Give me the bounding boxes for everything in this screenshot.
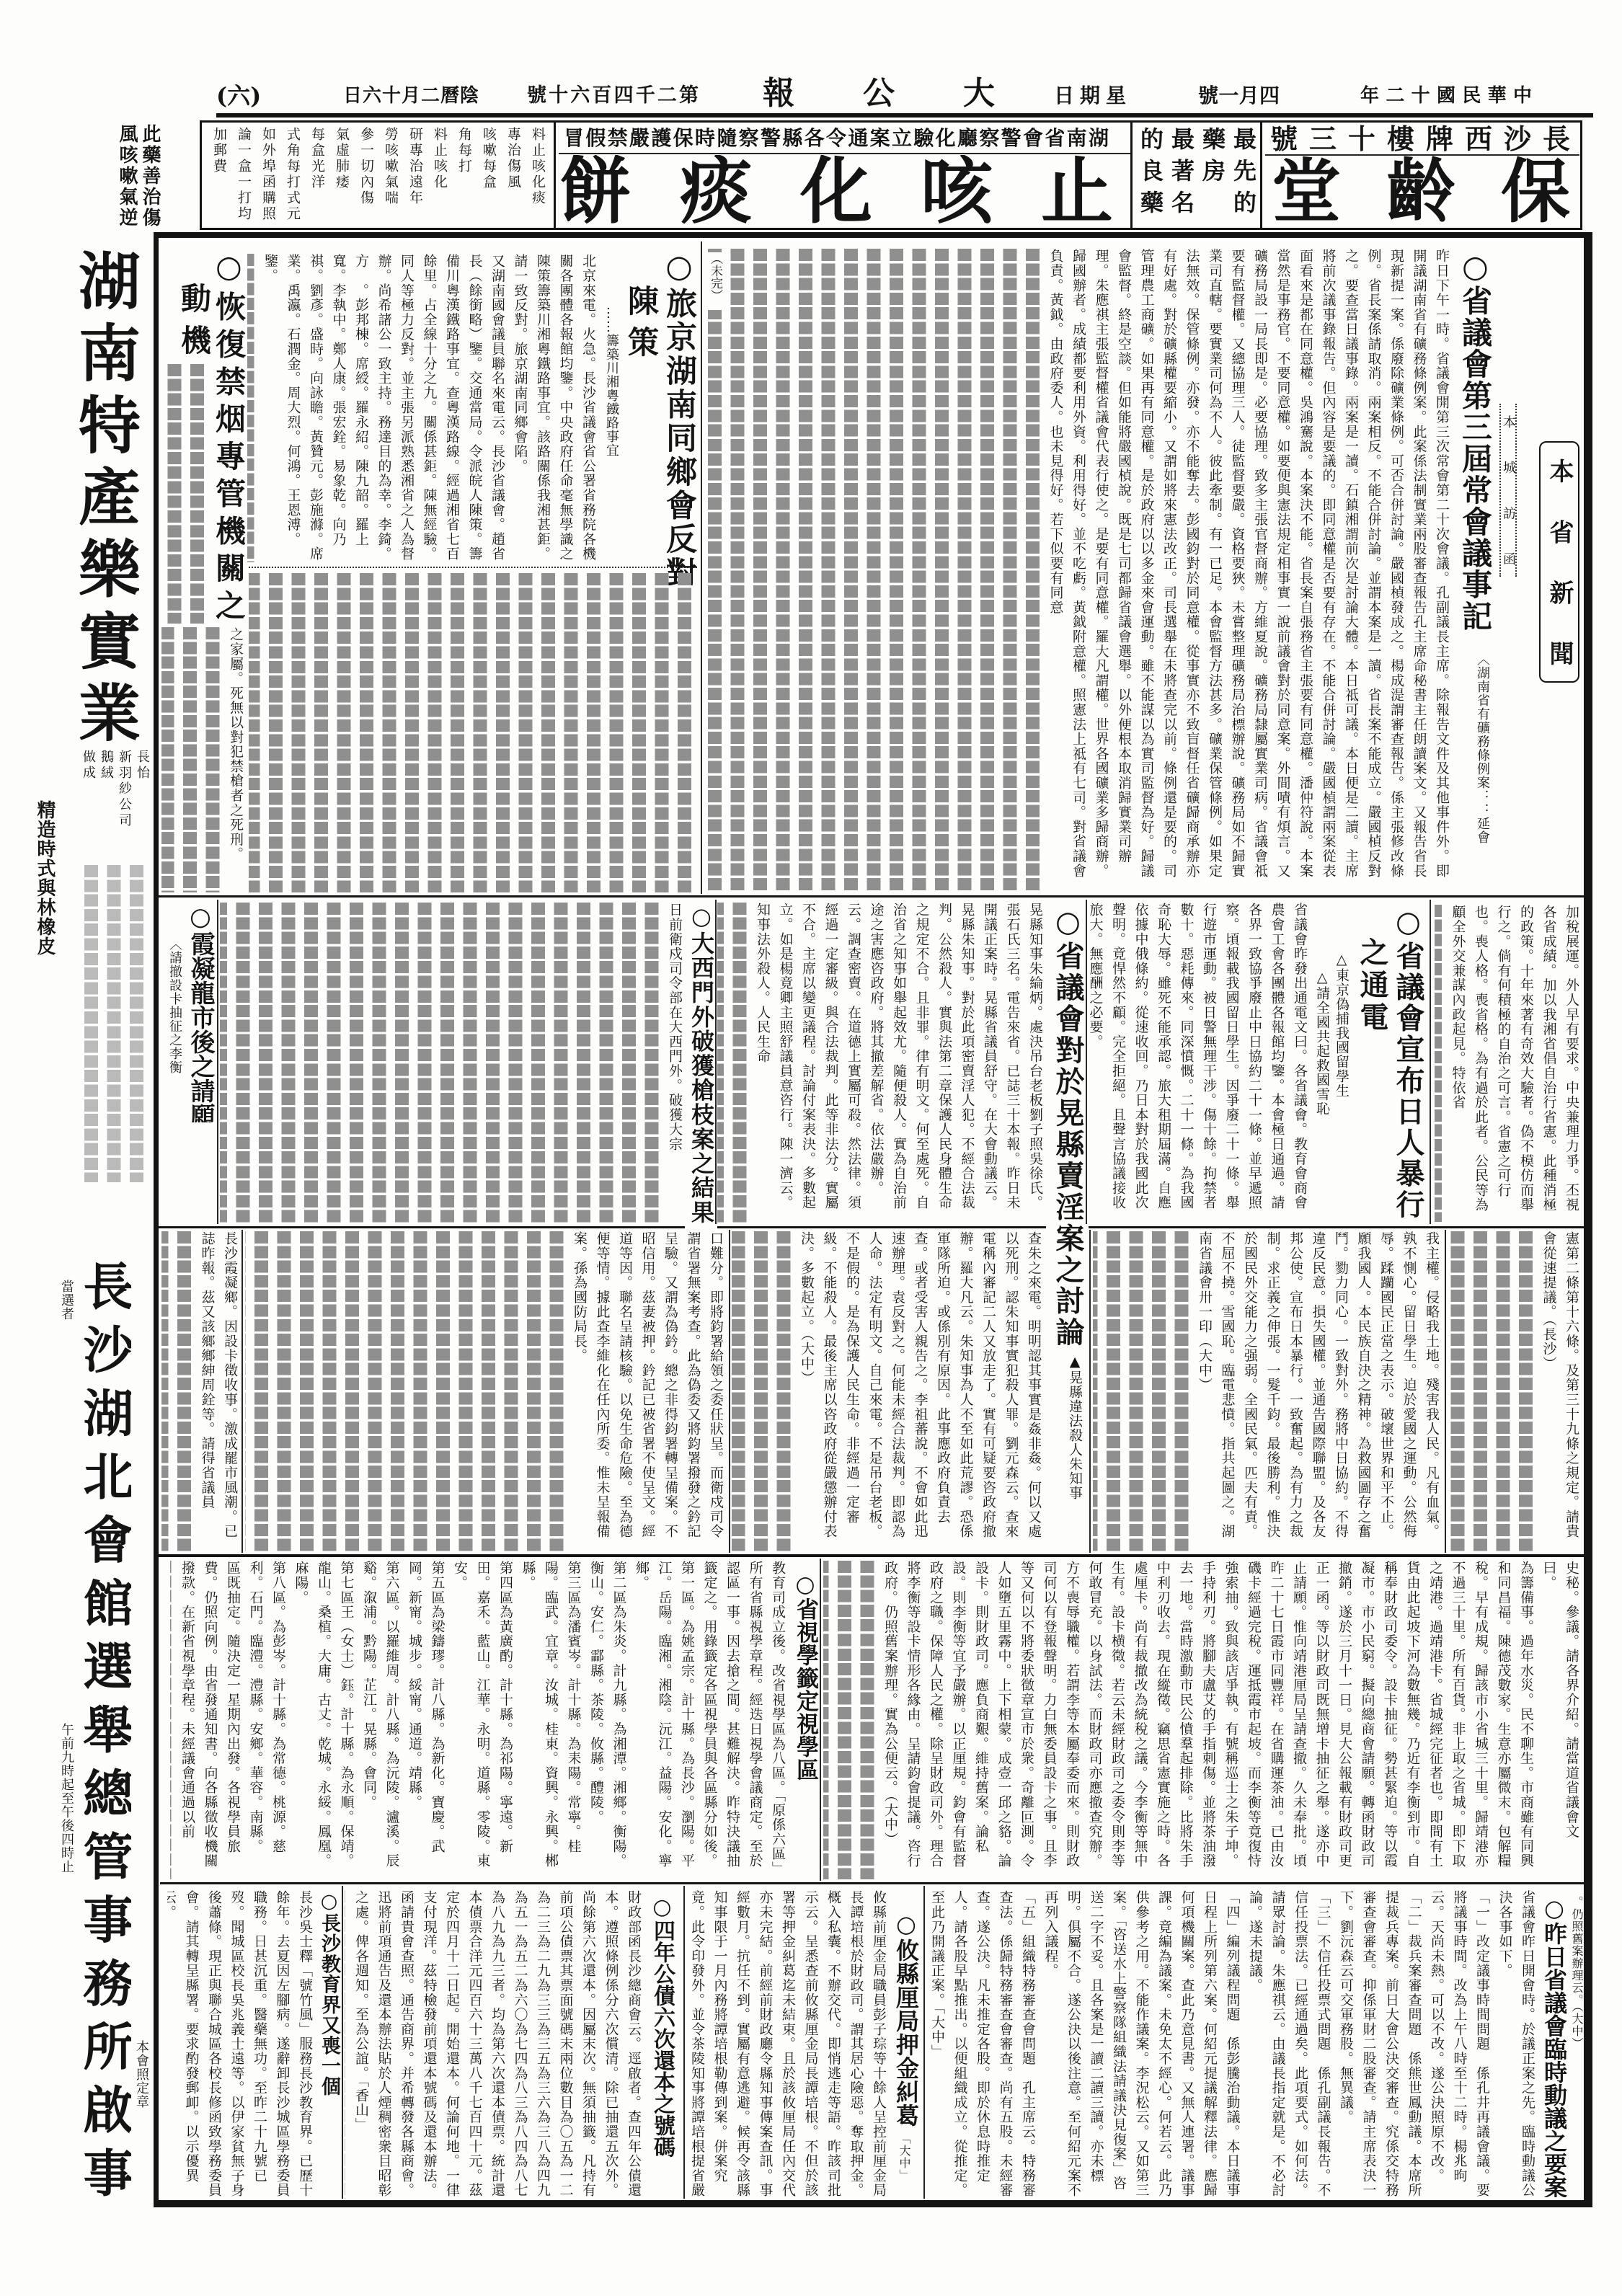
article-body-huang-county: 晃縣知事朱綸炳。處決吊台老板劉子照吳徐氏。張石氏三名。電告來省。已誌三十本報。昨… (717, 903, 1046, 1223)
ad-detail-column: 料止咳化 (427, 127, 452, 226)
subhead-assembly-session: 〈湖南省有礦務條例案：：延會 (1473, 652, 1491, 887)
article-text: 晃縣知事朱綸炳。處決吊台老板劉子照吳徐氏。張石氏三名。電告來省。已誌三十本報。昨… (751, 903, 1047, 1223)
headline-provisional-motions: ○昨日省議會臨時動議之要案 (1540, 1894, 1569, 2197)
previous-article-tail: 。仍照舊案辦理云。（大中） (1569, 1896, 1584, 2083)
frame-bottom-rule (154, 2200, 1592, 2207)
article-text: 之家屬。死無以對犯禁槍者之死刑。 (224, 627, 247, 892)
ad-detail-column: 如外埠函購照 (256, 127, 280, 226)
newspaper-page: (六) 陰曆二月十六日 第二千四百六十號 大公報 星期日 四月一號 中華民國十二… (0, 0, 1622, 2296)
headline-inspection-districts: ○省視學籤定視學區 (792, 1572, 819, 1781)
headline-education-obituary: ○長沙教育界又喪一個 (317, 1890, 341, 2096)
ad-detail-column: 角每打 (452, 127, 477, 226)
headline-opium-agency-line2: 動機 (177, 283, 210, 355)
text-texture (79, 865, 148, 1182)
masthead-rule (216, 113, 1593, 118)
column-rule (715, 900, 717, 1224)
headline-huang-county: ○省議會對於晃縣賣淫案之討論 (1050, 905, 1085, 1346)
column-rule (729, 1230, 730, 1553)
slogan-column: 最著名 (1166, 127, 1197, 228)
ad-detail-column: 論一盒一打均 (231, 127, 256, 226)
article-text: 口難分。即將鈞署給領之委任狀呈。而衛戍司令謂省署無案考查。此為偽委又將鈞署撥發之… (568, 1231, 727, 1551)
article-text: 長沙吳士釋「號竹風」服務長沙教育界。已歷十餘年。去夏因左腳病。遂辭卸長沙城區學務… (167, 1890, 316, 2199)
headline-japan-telegram-line2: 之通電 (1355, 937, 1388, 1031)
column-rule (701, 241, 702, 894)
notice-fragment: 當選者 (58, 1280, 75, 1626)
to-be-continued-tag: （未完） (706, 252, 724, 310)
article-body-xianing-petition: 長沙霞凝鄉。因設卡徵收事。激成罷市風潮。已誌昨報。茲又該鄉鄉紳周銓等。請得省議員 (161, 1231, 241, 1551)
issue-number: 第二千四百六十號 (527, 81, 699, 111)
frame-right-rule (1584, 232, 1592, 2207)
article-text: 史秘。參議。請各界介紹。請當道省議會文 曰。 為籌備事。過年水災。民不聊生。市商… (879, 1561, 1583, 1879)
band-divider (1089, 1226, 1584, 1228)
article-body-provisional-motions: 省議會昨日開會時。於議正案之先。臨時動議公決各事如下。 「一」改定議事時間問題 … (927, 1890, 1538, 2199)
column-rule (217, 900, 218, 1224)
section-label-local-news: 本省新聞 (1539, 441, 1579, 683)
headline-assembly-session: ○省議會第三屆常會議事記 (1458, 249, 1492, 631)
article-text: 省議會昨日開會時。於議正案之先。臨時動議公決各事如下。 「一」改定議事時間問題 … (927, 1890, 1538, 2199)
headline-opium-agency: ○恢復禁烟專管機關之 (211, 249, 246, 620)
slogan-column: 的良藥 (1135, 127, 1166, 228)
frame-top-rule (154, 232, 1592, 238)
article-body-west-gate-guns-cont: 口難分。即將鈞署給領之委任狀呈。而衛戍司令謂省署無案考查。此為偽委又將鈞署撥發之… (245, 1231, 727, 1551)
dotted-rule (249, 567, 697, 568)
page-number: (六) (216, 81, 261, 111)
store-address: 長沙西牌樓十三號 (1270, 124, 1570, 154)
ad-detail-text: 料止咳化痰 專治傷風 咳嗽每盒 角每打 料止咳化 研專治遠年 勞咳嗽氣喘 參一切… (205, 127, 550, 226)
headline-youxian-deposit: ○攸縣厘局押金糾葛 (892, 1910, 921, 2127)
ad-detail-column: 咳嗽每盒 (477, 127, 501, 226)
article-text: 昨日下午一時。省議會開第三次常會第二十次會議。孔副議長主席。除報告文件及其他事件… (1044, 249, 1453, 890)
product-name: 止咳化痰餅 (559, 155, 1113, 227)
article-body-huang-county-cont: 查朱之來電。明明認其事實是姦非姦。何以又處以死刑。認朱知事實犯殺人罪。劉元森云。… (732, 1231, 1045, 1551)
newspaper-title: 大公報 (763, 75, 995, 112)
article-body-opium-agency: 之家屬。死無以對犯禁槍者之死刑。 (161, 627, 247, 892)
headline-japan-telegram: ○省議會宣布日人暴行 (1390, 905, 1426, 1218)
article-text: 省議會昨發出通電文曰。各省議會。教育會商會農會工會各團體各報館均鑒。本會極日通過… (1089, 903, 1311, 1223)
article-body-japan-telegram: 省議會昨發出通電文曰。各省議會。教育會商會農會工會各團體各報館均鑒。本會極日通過… (1089, 903, 1311, 1223)
ad-detail-column: 勞咳嗽氣喘 (378, 127, 403, 226)
ad-slogan: 最先的 藥房 最著名 的良藥 (1135, 127, 1259, 228)
article-text: 教育司成立後。改省視學區為八區。「原係六區」所有省縣視學章程。經迭日視學會議商定… (176, 1561, 789, 1879)
article-body-bond-repayment: 財政部函長沙總商會云。逕啟者。查四年公債還本。遵照條例係分六次償清。除已抽還五次… (345, 1890, 644, 2199)
weekday: 星期日 (1054, 81, 1126, 111)
band-divider (159, 1554, 1584, 1557)
article-text: 查朱之來電。明明認其事實是姦非姦。何以又處以死刑。認朱知事實犯殺人罪。劉元森云。… (795, 1231, 1045, 1551)
notice-fragment: 本會照定章 (133, 2040, 150, 2199)
ad-detail-column: 氣虛肺痿 (329, 127, 354, 226)
specialty-company-ad-heading: 湖南特產樂實業 (68, 249, 140, 743)
column-rule (1086, 900, 1087, 1224)
subhead-japan-telegram: △請全國共起救國雪恥 (1313, 970, 1331, 1125)
article-body-education-obituary: 長沙吳士釋「號竹風」服務長沙教育界。已歷十餘年。去夏因左腳病。遂辭卸長沙城區學務… (167, 1890, 316, 2199)
headline-xianing-petition: ○霞凝龍市後之請願 (185, 903, 216, 1122)
ad-detail-column: 研專治遠年 (403, 127, 427, 226)
column-rule (1445, 1230, 1446, 1553)
ad-detail-column: 專治傷風 (501, 127, 526, 226)
text-texture (163, 364, 208, 624)
article-text: 北京來電。火急。長沙省議會省公署省務院各機關各團體各報館均鑒。中央政府任命毫無學… (259, 254, 600, 562)
band-divider (159, 1226, 685, 1228)
column-rule (1089, 1230, 1091, 1553)
article-body-xianing-petition-cont: 史秘。參議。請各界介紹。請當道省議會文 曰。 為籌備事。過年水災。民不聊生。市商… (823, 1561, 1582, 1879)
source-tag-youxian: 「大中」 (897, 2132, 913, 2194)
column-rule (820, 1559, 821, 1881)
column-rule (1430, 900, 1431, 1224)
ad-detail-column: 每盒光洋 (305, 127, 329, 226)
article-body-beijing-hunanese: 北京來電。火急。長沙省議會省公署省務院各機關各團體各報館均鑒。中央政府任命毫無學… (247, 254, 599, 562)
article-body-inspection-districts: 教育司成立後。改省視學區為八區。「原係六區」所有省縣視學章程。經迭日視學會議商定… (170, 1561, 789, 1879)
slogan-column: 最先的 (1228, 127, 1259, 228)
column-rule (683, 1886, 685, 2199)
ad-divider (554, 120, 556, 230)
article-text: 長沙霞凝鄉。因設卡徵收事。激成罷市風潮。已誌昨報。茲又該鄉鄉紳周銓等。請得省議員 (195, 1231, 241, 1551)
article-body-west-gate-guns: 日前衛戍司令部在大西門外。破獲大宗 (220, 903, 686, 1223)
ad-divider (1260, 120, 1262, 230)
ad-side-note: 此藥善治傷風咳嗽氣逆 (115, 124, 161, 231)
police-license-banner: 湖南省會警察廳化驗立案通令各縣警察隨時保護嚴禁假冒 (564, 125, 1109, 151)
republic-year: 中華民國十二年 (1360, 81, 1532, 111)
article-text: 我主權。侵略我土地。殘害我人民。凡有血氣。孰不惻心。留日學生。迫於愛國之運動。公… (1193, 1231, 1443, 1551)
store-name: 保齡堂 (1272, 156, 1570, 228)
ad-detail-column: 參一切內傷 (354, 127, 378, 226)
edge-ad-fragment: 精造時式與林橡皮 (32, 800, 58, 1031)
band-divider (159, 895, 1584, 897)
article-body-youxian-deposit: 攸縣前厘金局職員彭子琮等十餘人呈控前厘金局長譚培根於財政司。謂其居心險惡。奪取押… (688, 1890, 890, 2199)
article-body-citizen-petition-cont: 憲第二條第十六條。及第三十九條之規定。請貴會從速提議。（長沙） (1448, 1231, 1582, 1551)
band-divider (160, 1882, 1584, 1884)
lunar-date: 陰曆二月十六日 (343, 81, 479, 111)
article-body-japan-telegram-cont: 我主權。侵略我土地。殘害我人民。凡有血氣。孰不惻心。留日學生。迫於愛國之運動。公… (1093, 1231, 1442, 1551)
ad-detail-column: 加郵費 (207, 127, 231, 226)
issue-date: 四月一號 (1198, 81, 1280, 111)
subhead-japan-telegram: △東京偽捕我國留學生 (1333, 952, 1350, 1107)
ad-detail-column: 式角每打式元 (280, 127, 305, 226)
headline-beijing-hunanese: ○旅京湖南同鄉會反對 (660, 249, 698, 588)
notice-fragment: 午前九時起至午後四時止 (58, 1723, 75, 2098)
band-divider (717, 1226, 1046, 1228)
article-body-assembly-session: 昨日下午一時。省議會開第三次常會第二十次會議。孔副議長主席。除報告文件及其他事件… (706, 249, 1453, 890)
ad-detail-column: 料止咳化痰 (526, 127, 550, 226)
article-text: 日前衛戍司令部在大西門外。破獲大宗 (663, 903, 686, 1223)
column-rule (241, 1230, 243, 1553)
headline-west-gate-guns: ○大西門外破獲槍枝案之結果 (688, 903, 714, 1223)
column-rule (342, 1886, 343, 2199)
column-rule (923, 1886, 925, 2199)
subhead-xianing-petition: 〈請撤設卡抽征之李衡 (166, 937, 183, 1078)
headline-beijing-hunanese-line2: 陳策 (623, 285, 659, 357)
article-text: 攸縣前厘金局職員彭子琮等十餘人呈控前厘金局長譚培根於財政司。謂其居心險惡。奪取押… (688, 1890, 890, 2199)
article-body-citizen-petition: 加稅展運。外人早有要求。中央兼理力爭。丕視各省成績。加以我湘省倡自治行省憲。此種… (1435, 905, 1582, 1222)
article-text: 加稅展運。外人早有要求。中央兼理力爭。丕視各省成績。加以我湘省倡自治行省憲。此種… (1446, 905, 1582, 1222)
article-text: 財政部函長沙總商會云。逕啟者。查四年公債還本。遵照條例係分六次償清。除已抽還五次… (350, 1890, 645, 2199)
frame-left-rule (154, 232, 159, 2207)
source-tag: 本城訪函 (1499, 404, 1517, 577)
subhead-huang-county: ▲晃縣違法殺人朱知事 (1066, 1354, 1083, 1534)
article-text: 憲第二條第十六條。及第三十九條之規定。請貴會從速提議。（長沙） (1537, 1231, 1582, 1551)
headline-bond-repayment: ○四年公債六次還本之號碼 (647, 1894, 676, 2158)
text-texture (249, 573, 696, 892)
slogan-column: 藥房 (1197, 127, 1228, 228)
banner-underline (559, 153, 1130, 154)
hubei-guild-notice-heading: 長沙湖北會館選舉總管事務所啟事 (78, 1260, 131, 2197)
ad-divider (1130, 120, 1133, 230)
subhead-beijing-hunanese: ……籌築川湘粵鐵路事宜 (603, 306, 620, 551)
